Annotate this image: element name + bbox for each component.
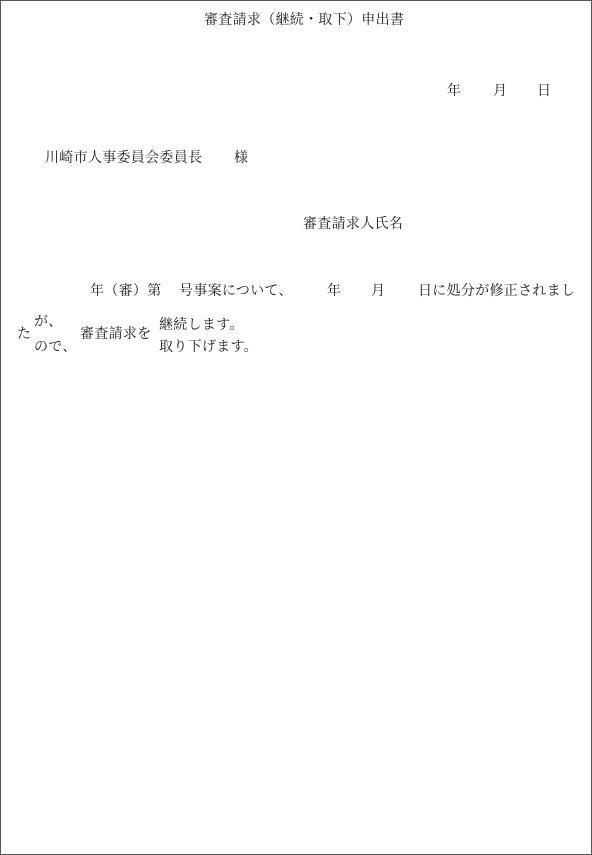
request-text: 審査請求を	[80, 326, 152, 342]
addressee-honorific: 様	[234, 150, 248, 166]
document-title: 審査請求（継続・取下）申出書	[204, 12, 404, 28]
requester-name-label: 審査請求人氏名	[303, 216, 403, 232]
body-ta-text: た	[17, 326, 31, 342]
correction-statement: 日に処分が修正されまし	[418, 283, 575, 299]
case-number-prefix: 年（審）第	[90, 283, 162, 299]
date-month-label: 月	[493, 83, 507, 99]
addressee-name: 川崎市人事委員会委員長	[45, 150, 202, 166]
case-number-suffix: 号事案について、	[179, 283, 293, 299]
choice-ga: が、	[34, 314, 63, 330]
option-continue: 継続します。	[159, 317, 244, 333]
choice-node: ので、	[34, 339, 77, 355]
document-page: 審査請求（継続・取下）申出書 年 月 日 川崎市人事委員会委員長 様 審査請求人…	[0, 0, 592, 855]
date-day-label: 日	[537, 83, 551, 99]
option-withdraw: 取り下げます。	[159, 339, 258, 355]
correction-month-label: 月	[371, 283, 385, 299]
correction-year-label: 年	[327, 283, 341, 299]
date-year-label: 年	[447, 83, 461, 99]
